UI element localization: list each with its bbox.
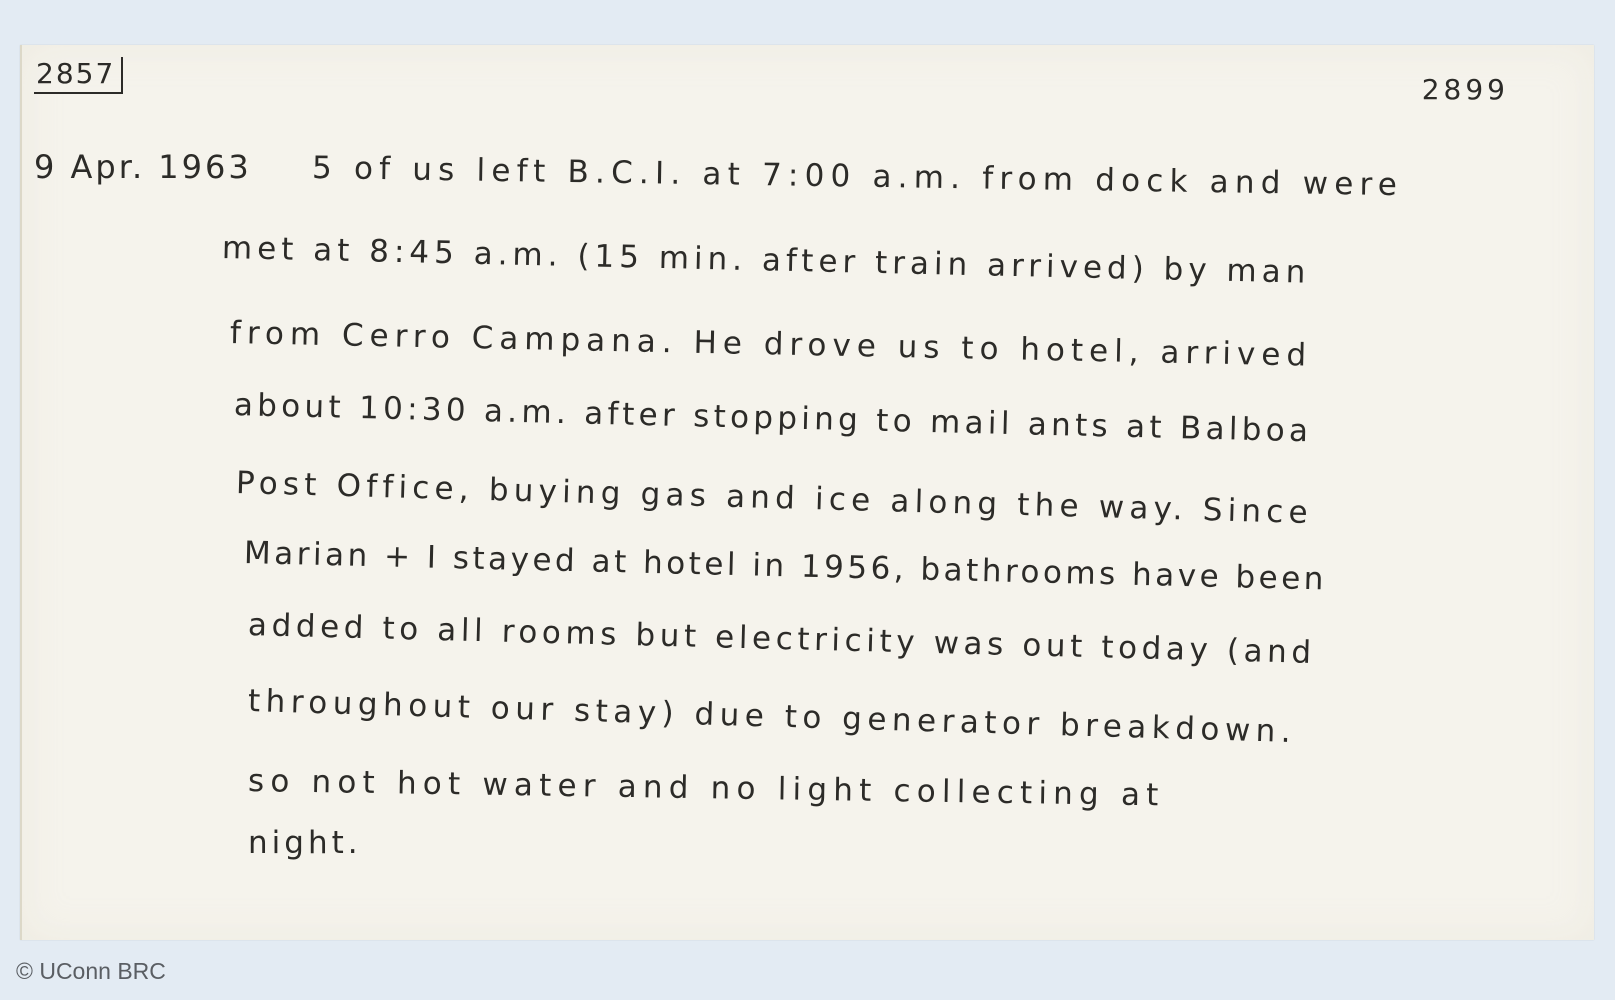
copyright-notice: © UConn BRC (16, 958, 166, 985)
note-line-8: throughout our stay) due to generator br… (247, 683, 1296, 750)
note-line-3: from Cerro Campana. He drove us to hotel… (230, 315, 1313, 374)
entry-date: 9 Apr. 1963 (34, 148, 252, 186)
note-line-1: 5 of us left B.C.I. at 7:00 a.m. from do… (312, 150, 1404, 203)
note-line-6: Marian + I stayed at hotel in 1956, bath… (244, 535, 1328, 597)
field-notes-card: 2857 2899 9 Apr. 1963 5 of us left B.C.I… (20, 45, 1594, 940)
note-line-9: so not hot water and no light collecting… (248, 763, 1165, 813)
note-line-4: about 10:30 a.m. after stopping to mail … (234, 387, 1313, 449)
note-line-7: added to all rooms but electricity was o… (248, 607, 1317, 671)
boxed-catalog-number: 2857 (34, 57, 123, 94)
note-line-10: night. (248, 825, 362, 861)
note-line-5: Post Office, buying gas and ice along th… (235, 465, 1313, 531)
catalog-number-right: 2899 (1422, 73, 1509, 106)
note-line-2: met at 8:45 a.m. (15 min. after train ar… (222, 230, 1311, 291)
